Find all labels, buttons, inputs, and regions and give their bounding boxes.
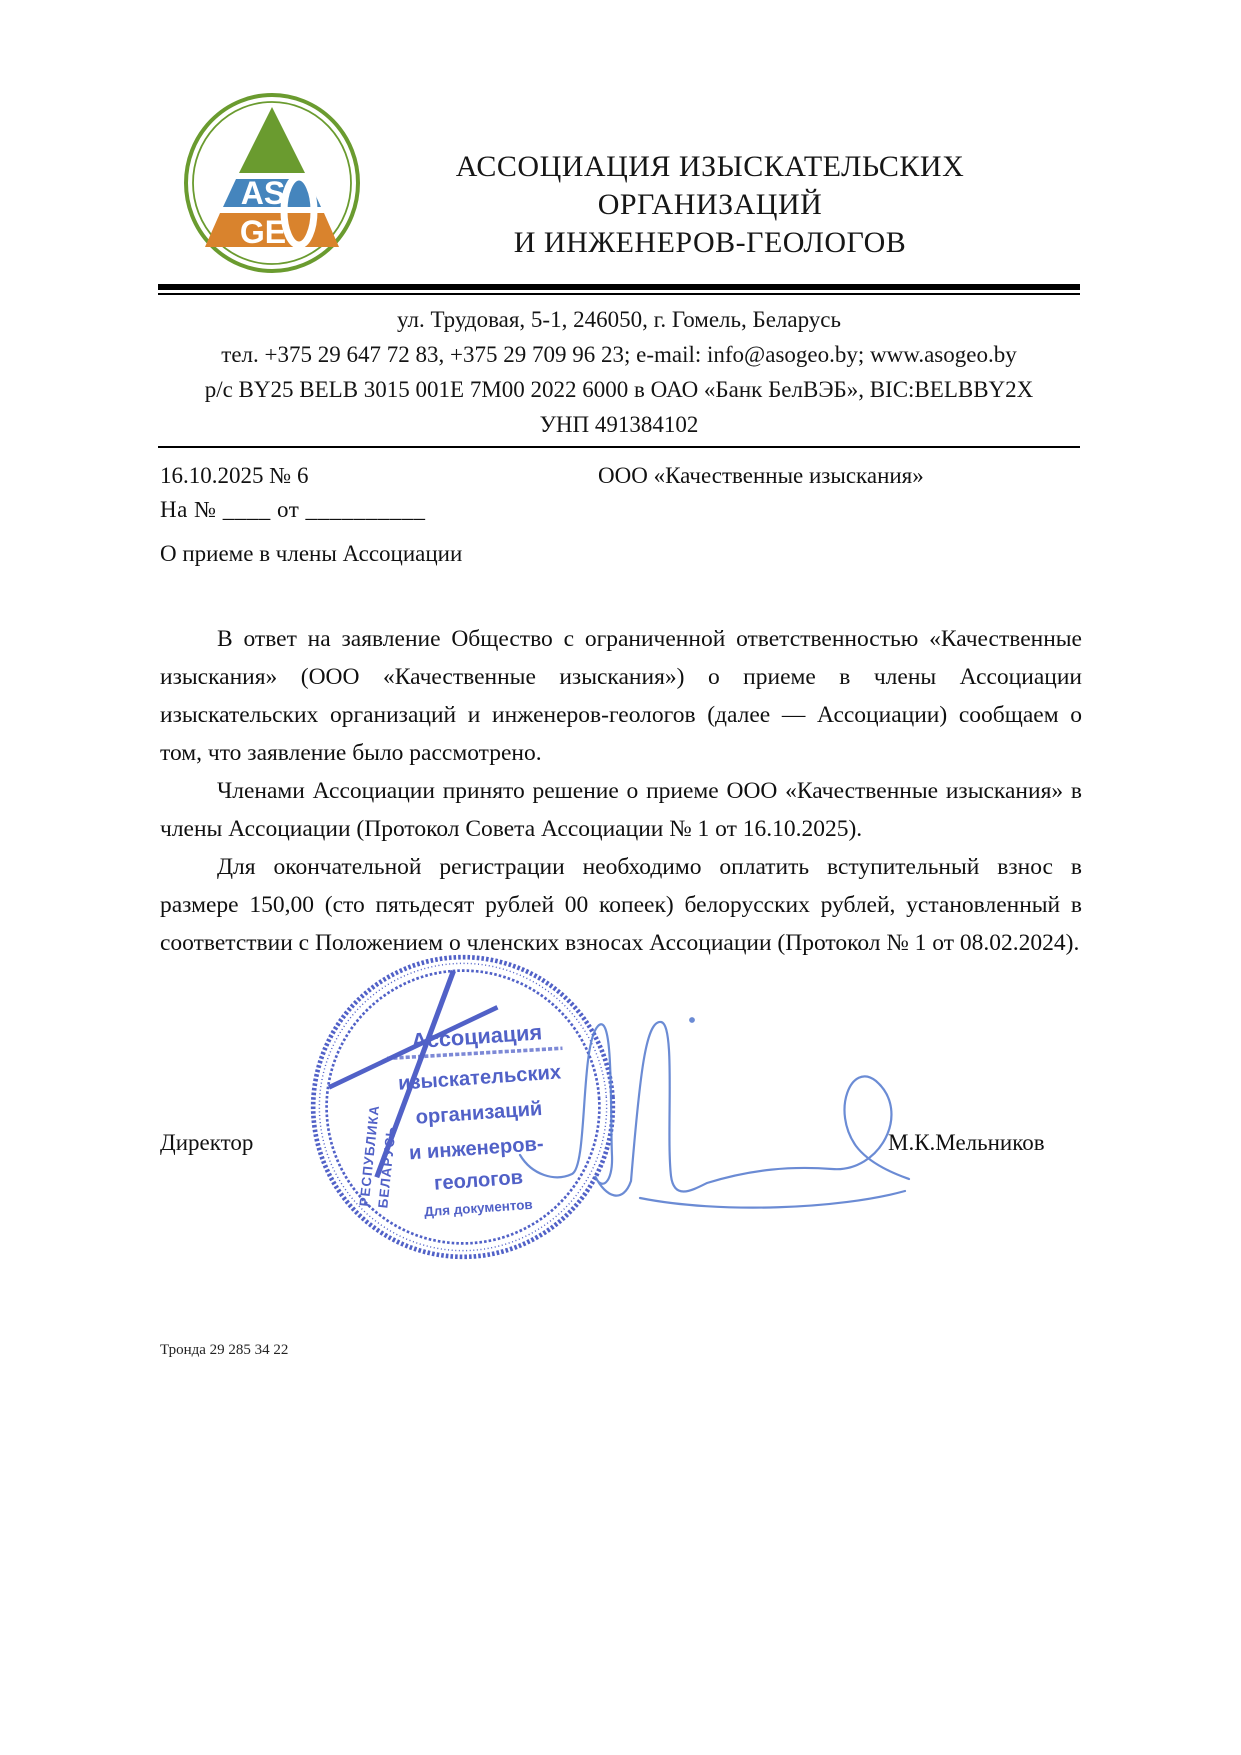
signature-title: Директор bbox=[160, 1130, 253, 1156]
reference-incoming: На № ____ от __________ bbox=[160, 497, 426, 523]
header-rule-thick bbox=[158, 284, 1080, 290]
contact-phone: тел. +375 29 647 72 83, +375 29 709 96 2… bbox=[158, 337, 1080, 372]
body-paragraph-2: Членами Ассоциации принято решение о при… bbox=[160, 772, 1082, 848]
org-title-line2: И ИНЖЕНЕРОВ-ГЕОЛОГОВ bbox=[360, 224, 1060, 262]
document-page: AS GE АССОЦИАЦИЯ ИЗЫСКАТЕЛЬСКИХ ОРГАНИЗА… bbox=[0, 0, 1241, 1755]
contact-bank: р/с BY25 BELB 3015 001E 7M00 2022 6000 в… bbox=[158, 372, 1080, 407]
contact-block: ул. Трудовая, 5-1, 246050, г. Гомель, Бе… bbox=[158, 302, 1080, 442]
header-rule-thin bbox=[158, 293, 1080, 295]
reference-recipient: ООО «Качественные изыскания» bbox=[598, 463, 924, 489]
org-title: АССОЦИАЦИЯ ИЗЫСКАТЕЛЬСКИХ ОРГАНИЗАЦИЙ И … bbox=[360, 148, 1060, 262]
org-title-line1: АССОЦИАЦИЯ ИЗЫСКАТЕЛЬСКИХ ОРГАНИЗАЦИЙ bbox=[360, 148, 1060, 224]
contact-address: ул. Трудовая, 5-1, 246050, г. Гомель, Бе… bbox=[158, 302, 1080, 337]
footer-note: Тронда 29 285 34 22 bbox=[160, 1342, 288, 1359]
logo-letters-as: AS bbox=[241, 175, 285, 211]
signature-name: М.К.Мельников bbox=[888, 1130, 1045, 1156]
body-paragraph-3: Для окончательной регистрации необходимо… bbox=[160, 848, 1082, 962]
letter-body: В ответ на заявление Общество с ограниче… bbox=[160, 620, 1082, 962]
body-paragraph-1: В ответ на заявление Общество с ограниче… bbox=[160, 620, 1082, 772]
contact-bottom-rule bbox=[158, 446, 1080, 448]
aso-geo-logo-icon: AS GE bbox=[183, 93, 361, 273]
logo-letters-ge: GE bbox=[240, 214, 286, 250]
subject-line: О приеме в члены Ассоциации bbox=[160, 541, 462, 567]
director-signature bbox=[460, 950, 930, 1220]
reference-outgoing: 16.10.2025 № 6 bbox=[160, 463, 308, 489]
stamp-side-line2: БЕЛАРУСЬ bbox=[375, 1125, 399, 1209]
logo-triangle-green bbox=[239, 107, 305, 173]
contact-unp: УНП 491384102 bbox=[158, 407, 1080, 442]
